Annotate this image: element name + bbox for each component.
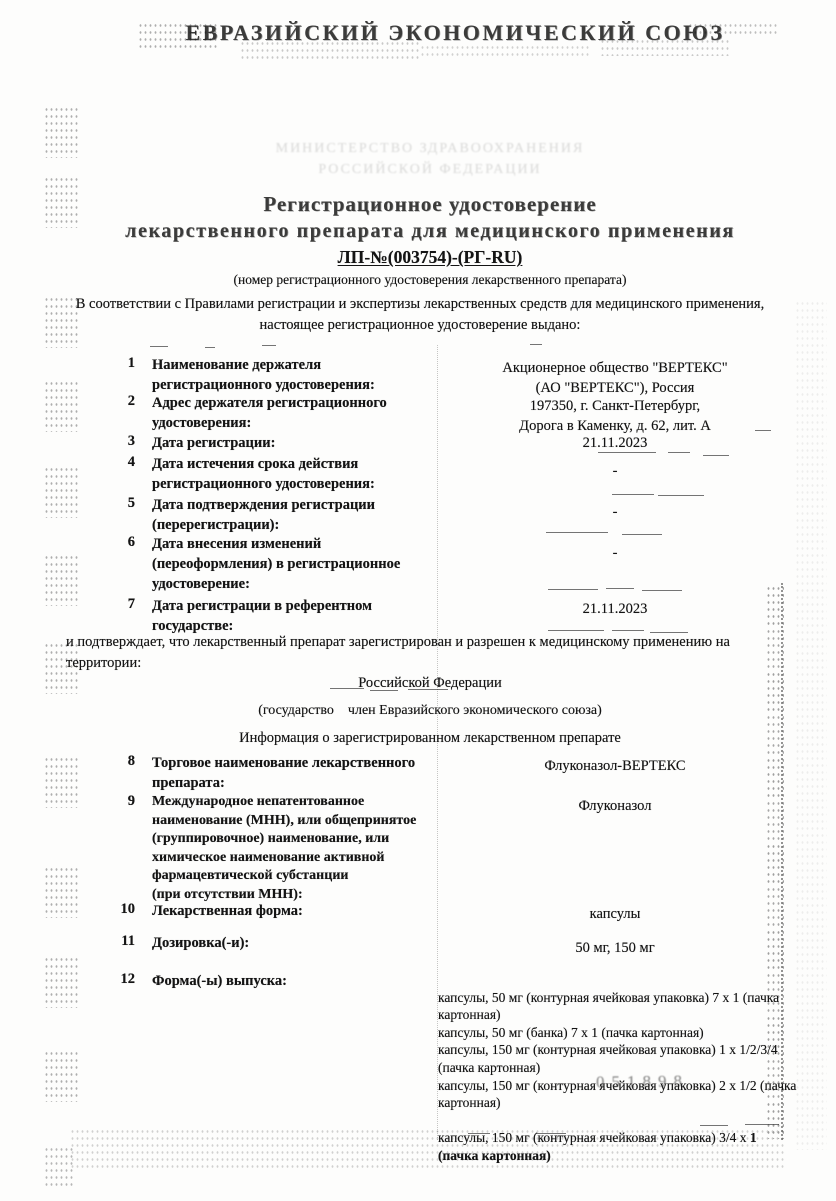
scan-noise: [600, 38, 730, 56]
field-4-number: 4: [105, 454, 135, 471]
scan-noise: [766, 972, 784, 1012]
field-6-label: Дата внесения изменений (переоформления)…: [152, 534, 466, 594]
scan-dash-artifact: [150, 346, 168, 347]
scan-noise: [766, 714, 784, 754]
field-3-label: Дата регистрации:: [152, 433, 466, 453]
field-5-value: -: [438, 502, 792, 522]
registration-number-caption: (номер регистрационного удостоверения ле…: [40, 272, 820, 288]
field-12-label: Форма(-ы) выпуска:: [152, 971, 466, 991]
registration-number: ЛП-№(003754)-(РГ-RU): [40, 247, 820, 268]
field-10-label: Лекарственная форма:: [152, 901, 466, 921]
scan-noise: [766, 929, 784, 969]
release-forms-lines: капсулы, 50 мг (контурная ячейковая упак…: [438, 989, 800, 1112]
scan-noise: [688, 22, 778, 38]
scan-dash-artifact: [546, 532, 608, 533]
scan-noise: [766, 1058, 784, 1098]
scan-noise: [766, 585, 784, 625]
info-heading: Информация о зарегистрированном лекарств…: [60, 730, 800, 747]
scan-noise: [44, 380, 78, 432]
scan-noise: [766, 757, 784, 797]
scan-noise: [766, 843, 784, 883]
field-10-number: 10: [105, 901, 135, 918]
field-3-value: 21.11.2023: [438, 433, 792, 453]
field-5-label: Дата подтверждения регистрации (перереги…: [152, 495, 466, 535]
scan-dash-artifact: [612, 494, 654, 495]
scan-noise: [44, 466, 78, 518]
field-9-number: 9: [105, 793, 135, 810]
scan-dash-artifact: [700, 1125, 728, 1126]
scan-fold-crease: [437, 345, 438, 1140]
scan-dash-artifact: [650, 632, 688, 633]
scan-dash-artifact: [755, 430, 771, 431]
scan-dash-artifact: [606, 588, 634, 589]
scan-dash-artifact: [548, 589, 598, 590]
scan-dash-artifact: [205, 347, 215, 348]
field-3-number: 3: [105, 433, 135, 450]
field-10-value: капсулы: [438, 904, 792, 924]
field-7-value: 21.11.2023: [438, 599, 792, 619]
scan-dash-artifact: [598, 452, 656, 453]
faded-ministry-line2: РОССИЙСКОЙ ФЕДЕРАЦИИ: [60, 162, 800, 178]
document-title-line1: Регистрационное удостоверение: [40, 192, 820, 217]
field-8-number: 8: [105, 753, 135, 770]
scan-dash-artifact: [370, 690, 398, 691]
field-8-value: Флуконазол-ВЕРТЕКС: [438, 756, 792, 776]
field-6-value: -: [438, 543, 792, 563]
scan-dash-artifact: [262, 345, 276, 346]
field-11-number: 11: [105, 933, 135, 950]
scan-noise: [44, 756, 78, 808]
scan-noise: [70, 1128, 786, 1172]
scan-dash-artifact: [612, 630, 644, 631]
scan-noise: [44, 956, 78, 1008]
scan-noise: [766, 628, 784, 668]
field-4-value: -: [438, 461, 792, 481]
field-7-label: Дата регистрации в референтном государст…: [152, 596, 466, 636]
registration-certificate-page: ЕВРАЗИЙСКИЙ ЭКОНОМИЧЕСКИЙ СОЮЗ МИНИСТЕРС…: [0, 0, 836, 1201]
document-title-line2: лекарственного препарата для медицинског…: [30, 220, 830, 243]
scan-noise: [44, 554, 78, 606]
scan-dash-artifact: [330, 688, 364, 689]
scan-dash-artifact: [536, 1133, 566, 1134]
field-8-label: Торговое наименование лекарственного пре…: [152, 753, 466, 793]
scan-dash-artifact: [668, 452, 690, 453]
scan-noise: [44, 296, 78, 348]
scan-noise: [766, 1015, 784, 1055]
scan-noise: [766, 800, 784, 840]
faded-ministry-line1: МИНИСТЕРСТВО ЗДРАВООХРАНЕНИЯ: [60, 141, 800, 157]
scan-noise: [795, 300, 827, 1150]
scan-noise: [44, 106, 78, 158]
field-1-label: Наименование держателя регистрационного …: [152, 355, 466, 395]
scan-noise: [44, 176, 78, 228]
field-1-value: Акционерное общество "ВЕРТЕКС" (АО "ВЕРТ…: [438, 358, 792, 398]
field-2-number: 2: [105, 393, 135, 410]
scan-noise: [44, 866, 78, 918]
scan-noise: [44, 642, 78, 694]
scan-noise: [138, 22, 218, 48]
field-12-number: 12: [105, 971, 135, 988]
field-6-number: 6: [105, 534, 135, 551]
field-7-number: 7: [105, 596, 135, 613]
field-2-value: 197350, г. Санкт-Петербург, Дорога в Кам…: [438, 396, 792, 436]
confirmation-paragraph: и подтверждает, что лекарственный препар…: [66, 632, 796, 674]
field-11-value: 50 мг, 150 мг: [438, 938, 792, 958]
scan-dash-artifact: [548, 630, 604, 631]
field-11-label: Дозировка(-и):: [152, 933, 466, 953]
scan-dash-artifact: [703, 455, 729, 456]
intro-paragraph: В соответствии с Правилами регистрации и…: [58, 294, 782, 336]
field-9-value: Флуконазол: [438, 796, 792, 816]
scan-dash-artifact: [530, 344, 542, 345]
scan-noise: [766, 886, 784, 926]
field-4-label: Дата истечения срока действия регистраци…: [152, 454, 466, 494]
scan-dash-artifact: [408, 689, 448, 690]
field-2-label: Адрес держателя регистрационного удостов…: [152, 393, 466, 433]
stamp-serial-number: 051898: [596, 1072, 689, 1093]
scan-dash-artifact: [468, 1133, 490, 1134]
scan-noise: [420, 44, 590, 60]
scan-dash-artifact: [642, 590, 682, 591]
field-9-label: Международное непатентованное наименован…: [152, 793, 466, 904]
field-5-number: 5: [105, 495, 135, 512]
scan-noise: [44, 1050, 78, 1102]
scan-dash-artifact: [622, 534, 662, 535]
scan-noise: [766, 671, 784, 711]
scan-dash-artifact: [658, 495, 704, 496]
territory-caption: (государство член Евразийского экономиче…: [60, 703, 800, 719]
field-1-number: 1: [105, 355, 135, 372]
scan-noise: [240, 40, 420, 60]
scan-dash-artifact: [745, 1124, 779, 1125]
